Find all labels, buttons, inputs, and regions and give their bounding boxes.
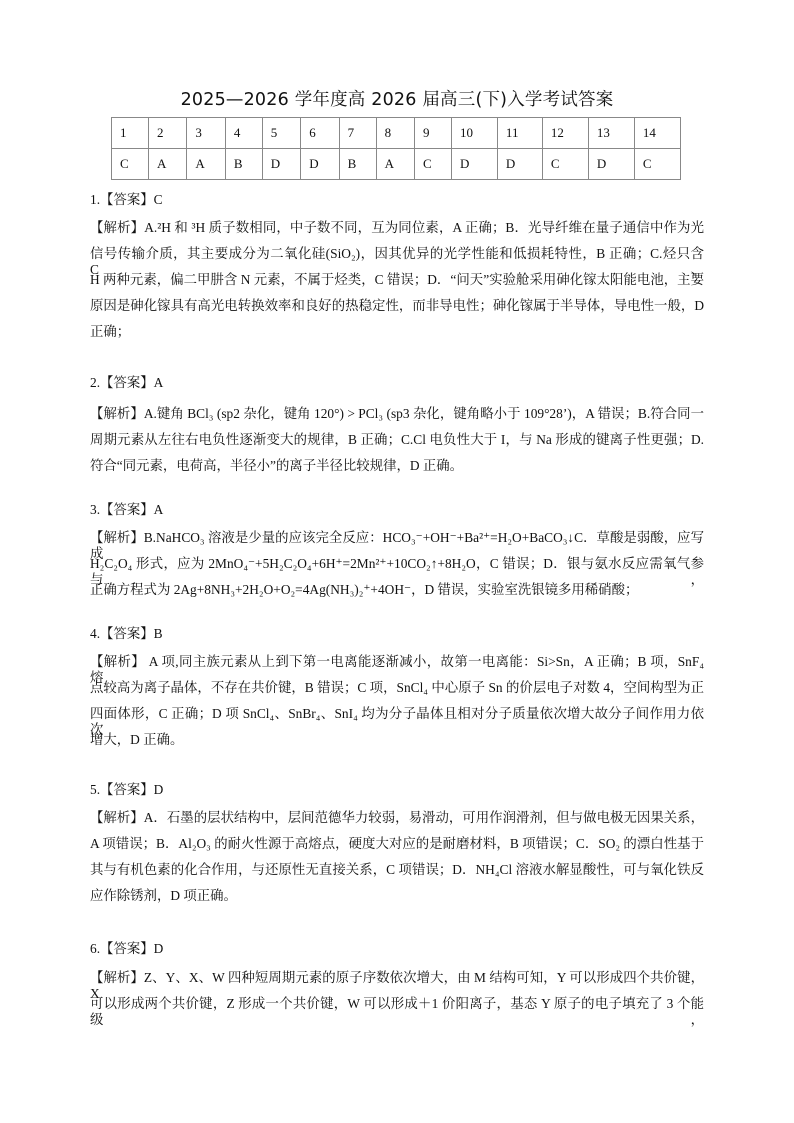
question-number-cell: 12 — [542, 118, 588, 149]
answer-cell: C — [542, 149, 588, 180]
answer-cell: A — [187, 149, 225, 180]
question-2-explanation-line: 符合“同元素，电荷高，半径小”的离子半径比较规律，D 正确。 — [90, 458, 463, 474]
answer-cell: C — [634, 149, 680, 180]
answer-cell: D — [301, 149, 339, 180]
question-5-explanation-line: A 项错误；B．Al₂O₃ 的耐火性源于高熔点，硬度大对应的是耐磨材料，B 项错… — [90, 836, 704, 852]
question-5-explanation-line: 【解析】A．石墨的层状结构中，层间范德华力较弱，易滑动，可用作润滑剂，但与做电极… — [90, 810, 704, 826]
answer-cell: D — [451, 149, 497, 180]
question-number-cell: 13 — [588, 118, 634, 149]
question-1-explanation-line: 原因是砷化镓具有高光电转换效率和良好的热稳定性，而非导电性；砷化镓属于半导体，导… — [90, 298, 704, 314]
question-5-explanation-line: 应作除锈剂，D 项正确。 — [90, 888, 237, 904]
answer-table-number-row: 1 2 3 4 5 6 7 8 9 10 11 12 13 14 — [112, 118, 681, 149]
question-5-answer-heading: 5.【答案】D — [90, 782, 163, 798]
answer-cell: A — [376, 149, 414, 180]
question-1-explanation-line: 正确； — [90, 324, 130, 340]
question-1-explanation-line: 【解析】A.²H 和 ³H 质子数相同，中子数不同，互为同位素，A 正确；B．光… — [90, 220, 704, 236]
answer-document-page: 2025—2026 学年度高 2026 届高三(下)入学考试答案 1 2 3 4… — [0, 0, 794, 1123]
question-3-answer-heading: 3.【答案】A — [90, 502, 163, 518]
question-6-answer-heading: 6.【答案】D — [90, 941, 163, 957]
question-number-cell: 1 — [112, 118, 149, 149]
question-2-explanation-line: 周期元素从左往右电负性逐渐变大的规律，B 正确；C.Cl 电负性大于 I，与 N… — [90, 432, 704, 448]
question-4-explanation-line: 增大，D 正确。 — [90, 732, 183, 748]
question-number-cell: 8 — [376, 118, 414, 149]
answer-cell: D — [497, 149, 542, 180]
answer-key-table: 1 2 3 4 5 6 7 8 9 10 11 12 13 14 C A A B… — [111, 117, 681, 180]
question-number-cell: 4 — [225, 118, 262, 149]
question-number-cell: 3 — [187, 118, 225, 149]
question-5-explanation-line: 其与有机色素的化合作用，与还原性无直接关系，C 项错误；D．NH₄Cl 溶液水解… — [90, 862, 704, 878]
question-2-explanation-line: 【解析】A.键角 BCl₃ (sp2 杂化，键角 120°) > PCl₃ (s… — [90, 406, 704, 422]
question-6-explanation-line: 可以形成两个共价键，Z 形成一个共价键，W 可以形成＋1 价阳离子，基态 Y 原… — [90, 996, 704, 1028]
question-number-cell: 5 — [262, 118, 300, 149]
answer-cell: C — [112, 149, 149, 180]
question-number-cell: 14 — [634, 118, 680, 149]
answer-cell: A — [148, 149, 186, 180]
answer-cell: D — [588, 149, 634, 180]
question-2-answer-heading: 2.【答案】A — [90, 375, 163, 391]
question-number-cell: 6 — [301, 118, 339, 149]
question-number-cell: 2 — [148, 118, 186, 149]
question-1-answer-heading: 1.【答案】C — [90, 192, 163, 208]
document-title: 2025—2026 学年度高 2026 届高三(下)入学考试答案 — [0, 86, 794, 111]
answer-cell: B — [339, 149, 376, 180]
question-number-cell: 11 — [497, 118, 542, 149]
question-number-cell: 7 — [339, 118, 376, 149]
answer-cell: B — [225, 149, 262, 180]
question-3-explanation-line: 正确方程式为 2Ag+8NH₃+2H₂O+O₂=4Ag(NH₃)₂⁺+4OH⁻，… — [90, 582, 638, 598]
answer-cell: C — [415, 149, 452, 180]
question-4-explanation-line: 点较高为离子晶体，不存在共价键，B 错误；C 项，SnCl₄ 中心原子 Sn 的… — [90, 680, 704, 696]
answer-cell: D — [262, 149, 300, 180]
question-number-cell: 10 — [451, 118, 497, 149]
answer-table-answer-row: C A A B D D B A C D D C D C — [112, 149, 681, 180]
question-4-answer-heading: 4.【答案】B — [90, 626, 163, 642]
question-1-explanation-line: H 两种元素，偏二甲肼含 N 元素，不属于烃类，C 错误；D．“问天”实验舱采用… — [90, 272, 704, 288]
question-number-cell: 9 — [415, 118, 452, 149]
